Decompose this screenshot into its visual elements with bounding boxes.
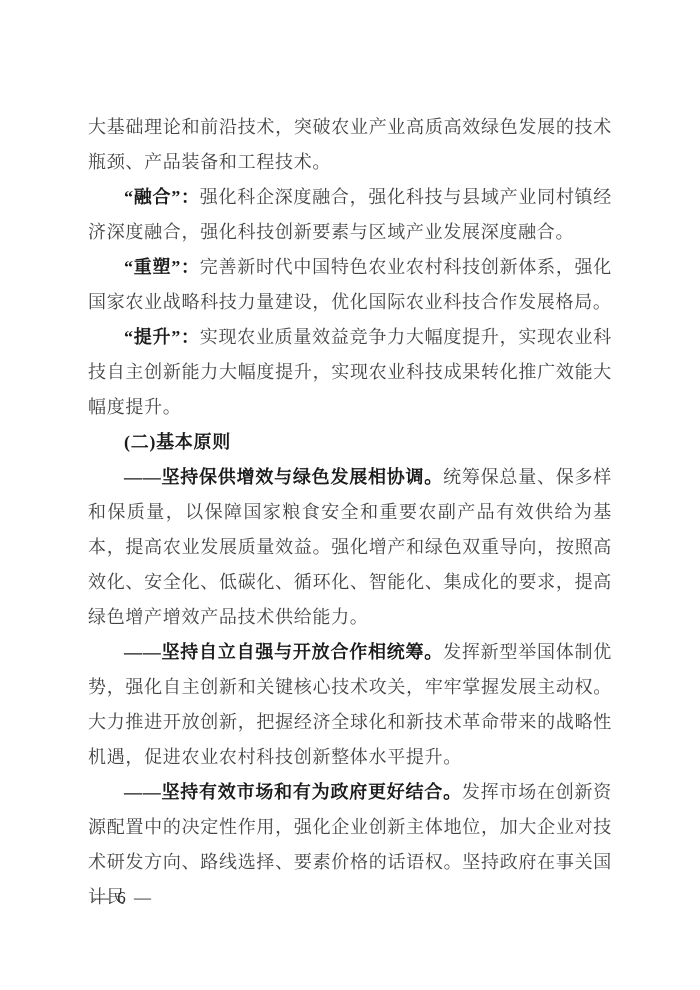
document-paragraph: ——坚持有效市场和有为政府更好结合。发挥市场在创新资源配置中的决定性作用，强化企… bbox=[88, 775, 612, 915]
document-body: 大基础理论和前沿技术，突破农业产业高质高效绿色发展的技术瓶颈、产品装备和工程技术… bbox=[88, 110, 612, 915]
page-number: — 6 — bbox=[92, 888, 153, 908]
paragraph-lead: ——坚持自立自强与开放合作相统筹。 bbox=[124, 642, 443, 662]
document-paragraph: ——坚持保供增效与绿色发展相协调。统筹保总量、保多样和保质量，以保障国家粮食安全… bbox=[88, 460, 612, 635]
document-page: 大基础理论和前沿技术，突破农业产业高质高效绿色发展的技术瓶颈、产品装备和工程技术… bbox=[0, 0, 700, 990]
document-paragraph: “重塑”：完善新时代中国特色农业农村科技创新体系，强化国家农业战略科技力量建设，… bbox=[88, 250, 612, 320]
section-heading: (二)基本原则 bbox=[88, 425, 612, 460]
paragraph-lead: ——坚持保供增效与绿色发展相协调。 bbox=[124, 467, 443, 487]
paragraph-lead: “融合”： bbox=[124, 187, 200, 207]
document-paragraph: “融合”：强化科企深度融合，强化科技与县域产业同村镇经济深度融合，强化科技创新要… bbox=[88, 180, 612, 250]
document-paragraph: “提升”：实现农业质量效益竞争力大幅度提升，实现农业科技自主创新能力大幅度提升，… bbox=[88, 320, 612, 425]
paragraph-lead: “重塑”： bbox=[124, 257, 200, 277]
paragraph-lead: ——坚持有效市场和有为政府更好结合。 bbox=[124, 782, 462, 802]
document-paragraph: 大基础理论和前沿技术，突破农业产业高质高效绿色发展的技术瓶颈、产品装备和工程技术… bbox=[88, 110, 612, 180]
document-paragraph: ——坚持自立自强与开放合作相统筹。发挥新型举国体制优势，强化自主创新和关键核心技… bbox=[88, 635, 612, 775]
paragraph-lead: “提升”： bbox=[124, 327, 200, 347]
